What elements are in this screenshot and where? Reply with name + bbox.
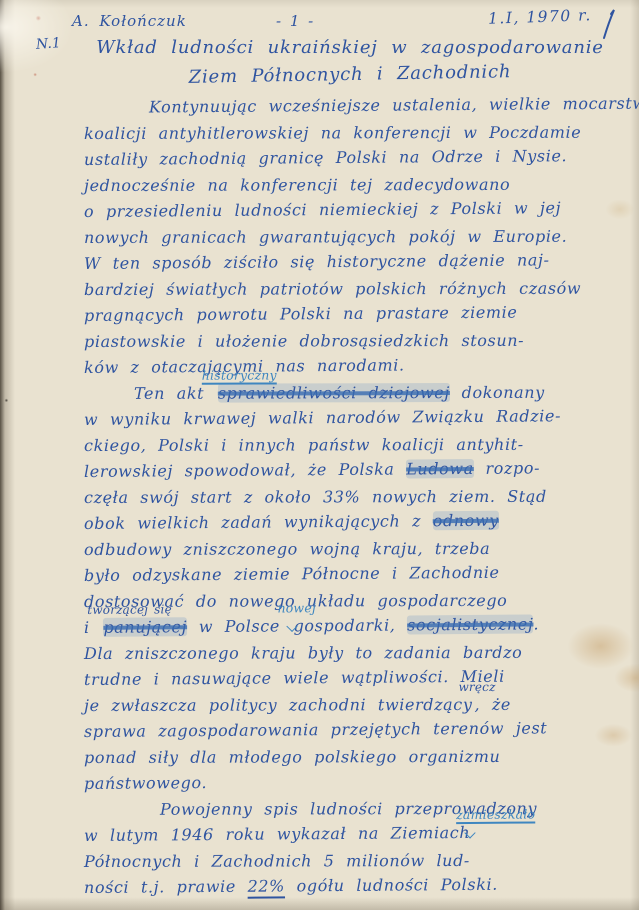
scanned-manuscript-page: A. Kołończuk - 1 - 1.I, 1970 r. N.1 Wkła… xyxy=(0,0,639,910)
text-run: państwowego. xyxy=(84,773,207,793)
handwritten-line: w wyniku krwawej walki narodów Związku R… xyxy=(84,403,624,433)
text-run: dokonany xyxy=(450,383,545,402)
text-run: ckiego, Polski i innych państw koalicji … xyxy=(84,435,524,455)
insertion-label: wręcz xyxy=(458,674,495,700)
text-run: je zwłaszcza politycy zachodni twierdząc… xyxy=(84,695,473,715)
strikethrough-text: sprawiedliwości dziejowej xyxy=(218,383,450,403)
strikethrough-text: panującej xyxy=(103,617,187,637)
text-run: w wyniku krwawej walki narodów Związku R… xyxy=(84,406,561,429)
handwritten-line: ności t.j. prawie 22% ogółu ludności Pol… xyxy=(84,871,624,901)
text-run: Kontynuując wcześniejsze ustalenia, wiel… xyxy=(149,94,639,117)
author-name: A. Kołończuk xyxy=(72,12,187,30)
underlined-text: 22% xyxy=(247,876,285,895)
insertion-label: zamieszkało xyxy=(456,801,535,828)
text-run: ogółu ludności Polski. xyxy=(285,875,498,896)
text-run: ności t.j. prawie xyxy=(84,877,248,897)
text-run: o przesiedleniu ludności niemieckiej z P… xyxy=(84,198,561,221)
handwritten-line: w lutym 1946 roku wykazał na Ziemiachzam… xyxy=(84,819,624,849)
text-run: w lutym 1946 roku wykazał na Ziemiach xyxy=(84,823,470,845)
handwritten-line: o przesiedleniu ludności niemieckiej z P… xyxy=(84,195,624,225)
text-run: nowych granicach gwarantujących pokój w … xyxy=(84,227,567,247)
text-run: pragnących powrotu Polski na prastare zi… xyxy=(84,303,518,325)
text-run: w Polsce xyxy=(187,616,292,636)
text-run: jednocześnie na konferencji tej zadecydo… xyxy=(84,175,510,195)
handwritten-line: lerowskiej spowodował, że Polska Ludowa … xyxy=(84,455,624,485)
text-run: obok wielkich zadań wynikających z xyxy=(84,511,433,533)
text-run: sprawa zagospodarowania przejętych teren… xyxy=(84,718,547,741)
text-run: lerowskiej spowodował, że Polska xyxy=(84,459,406,481)
margin-note: N.1 xyxy=(35,35,61,53)
text-run: piastowskie i ułożenie dobrosąsiedzkich … xyxy=(84,331,524,351)
text-run: koalicji antyhitlerowskiej na konferencj… xyxy=(84,123,581,143)
handwritten-line: i tworzącej siępanującej w Polsce nowejg… xyxy=(84,611,624,641)
handwritten-line: Kontynuując wcześniejsze ustalenia, wiel… xyxy=(84,91,624,121)
handwritten-line: W ten sposób ziściło się historyczne dąż… xyxy=(84,247,624,277)
title-line-2: Ziem Północnych i Zachodnich xyxy=(88,56,612,92)
handwritten-line: państwowego. xyxy=(84,767,624,797)
page-number: - 1 - xyxy=(276,12,315,30)
handwritten-line: trudne i nasuwające wiele wątpliwości. M… xyxy=(84,663,624,693)
date: 1.I, 1970 r. xyxy=(488,6,592,28)
handwritten-line: pragnących powrotu Polski na prastare zi… xyxy=(84,299,624,329)
title-line-1: Wkład ludności ukraińskiej w zagospodaro… xyxy=(96,37,604,58)
insertion-label: nowej xyxy=(277,595,316,621)
text-run: rozpo- xyxy=(474,458,540,478)
handwritten-line: obok wielkich zadań wynikających z odnow… xyxy=(84,507,624,537)
handwritten-body: Kontynuując wcześniejsze ustalenia, wiel… xyxy=(84,95,624,901)
text-run: Północnych i Zachodnich 5 milionów lud- xyxy=(84,851,470,871)
text-run: ustaliły zachodnią granicę Polski na Odr… xyxy=(84,146,567,169)
text-run: Dla zniszczonego kraju były to zadania b… xyxy=(84,643,522,663)
strikethrough-text: socjalistycznej xyxy=(407,614,533,634)
text-run: bardziej światłych patriotów polskich ró… xyxy=(84,279,581,299)
handwritten-line: ków z otaczającymi nas narodami. xyxy=(84,351,624,381)
handwritten-line: było odzyskane ziemie Północne i Zachodn… xyxy=(84,559,624,589)
strikethrough-text: odnowy xyxy=(433,511,499,531)
text-run: odbudowy zniszczonego wojną kraju, trzeb… xyxy=(84,539,490,559)
text-run: W ten sposób ziściło się historyczne dąż… xyxy=(84,250,550,273)
text-run: trudne i nasuwające wiele wątpliwości. M… xyxy=(84,667,505,689)
text-run: . xyxy=(533,614,539,633)
handwritten-line: ustaliły zachodnią granicę Polski na Odr… xyxy=(84,143,624,173)
strikethrough-text: Ludowa xyxy=(406,459,474,479)
text-run: częła swój start z około 33% nowych ziem… xyxy=(84,487,547,507)
text-run: ponad siły dla młodego polskiego organiz… xyxy=(84,747,500,767)
handwritten-line: sprawa zagospodarowania przejętych teren… xyxy=(84,715,624,745)
document-title: Wkład ludności ukraińskiej w zagospodaro… xyxy=(88,34,612,88)
text-run: było odzyskane ziemie Północne i Zachodn… xyxy=(84,563,500,585)
